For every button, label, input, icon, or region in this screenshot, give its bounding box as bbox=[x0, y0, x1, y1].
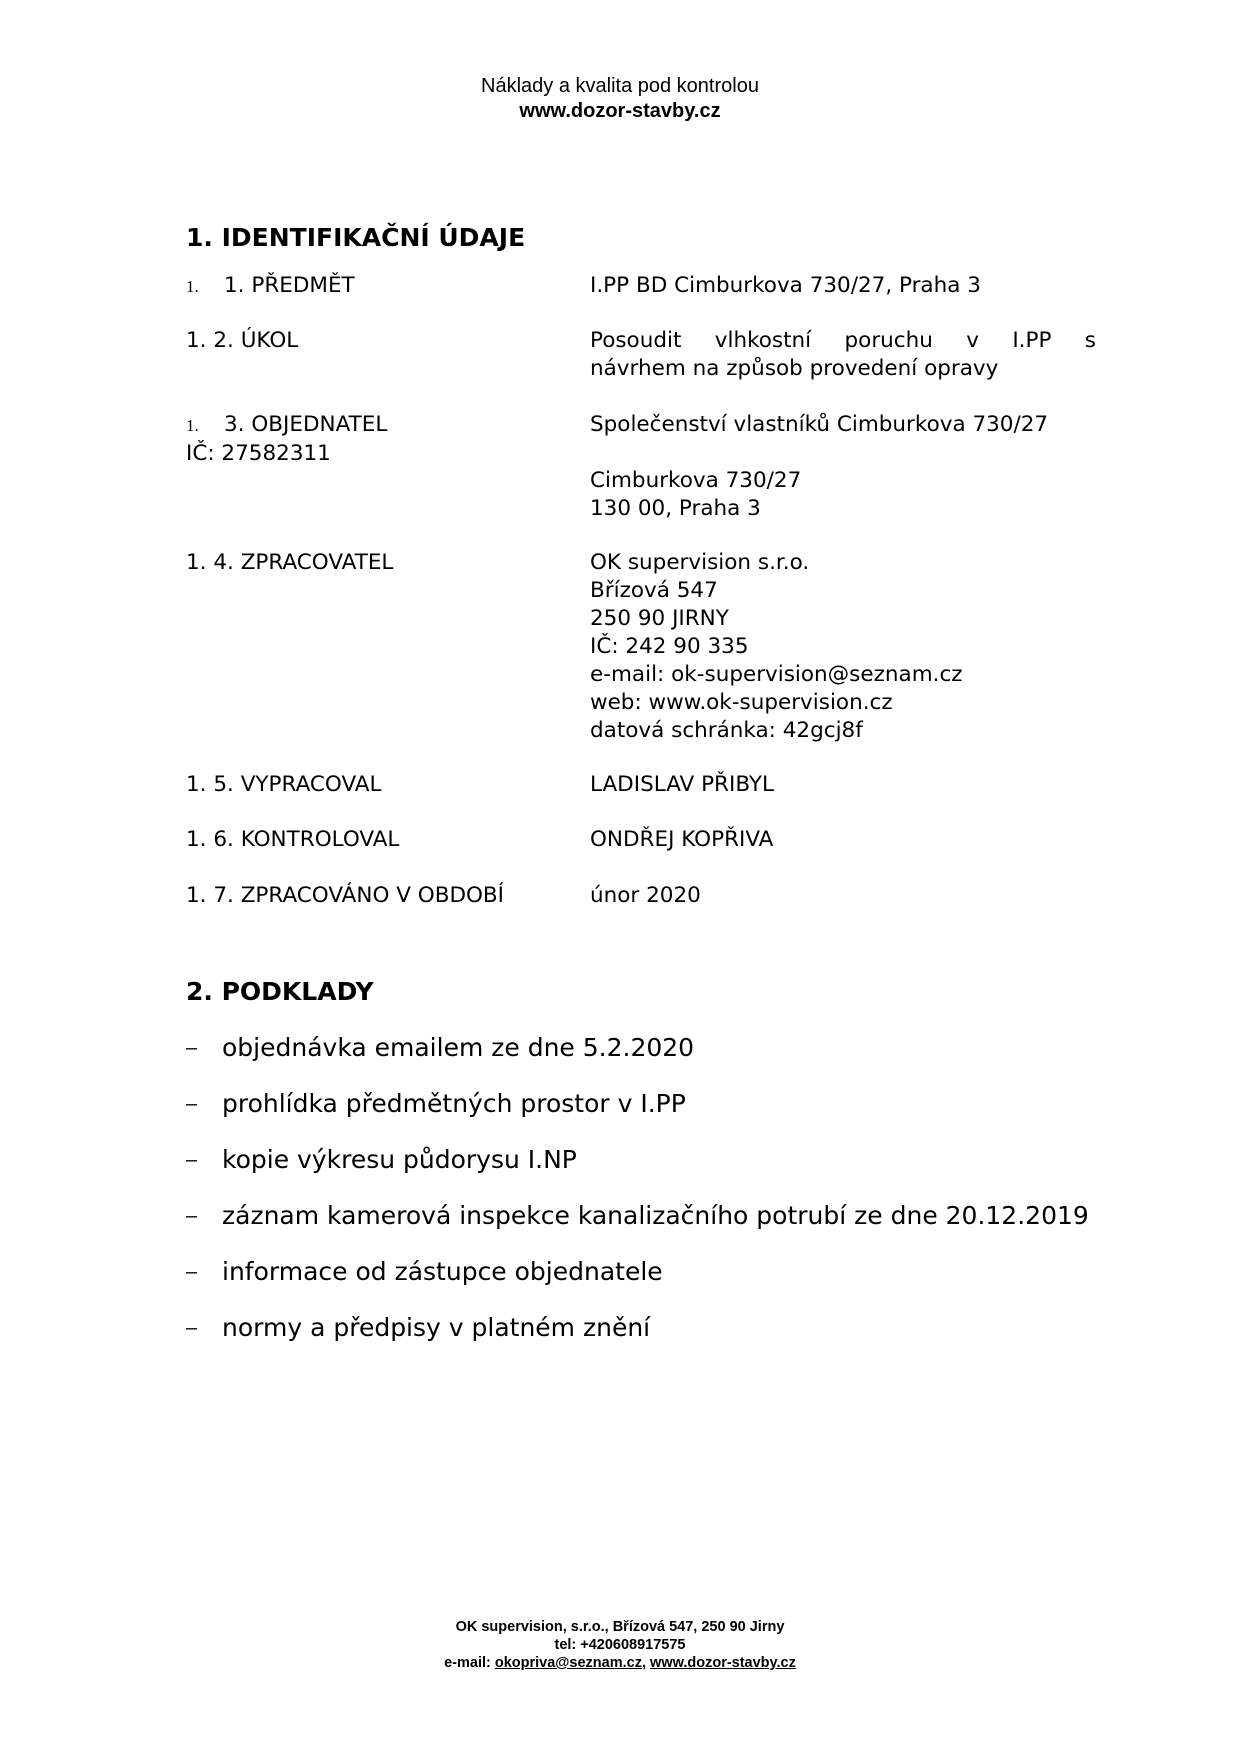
row-value: Společenství vlastníků Cimburkova 730/27… bbox=[590, 411, 1096, 523]
footer-phone: tel: +420608917575 bbox=[0, 1636, 1240, 1654]
row-label: 1.3. OBJEDNATEL IČ: 27582311 bbox=[186, 411, 586, 468]
row-label: 1.1. PŘEDMĚT bbox=[186, 272, 586, 301]
footer-contact-line: e-mail: okopriva@seznam.cz, www.dozor-st… bbox=[0, 1654, 1240, 1672]
section-title-sources: 2. PODKLADY bbox=[186, 977, 374, 1006]
list-item: –záznam kamerová inspekce kanalizačního … bbox=[186, 1201, 1089, 1257]
row-value-line: Cimburkova 730/27 bbox=[590, 467, 1096, 495]
page-footer: OK supervision, s.r.o., Břízová 547, 250… bbox=[0, 1618, 1240, 1672]
list-item-text: objednávka emailem ze dne 5.2.2020 bbox=[222, 1033, 694, 1062]
row-value: I.PP BD Cimburkova 730/27, Praha 3 bbox=[590, 272, 1096, 300]
list-item: –kopie výkresu půdorysu I.NP bbox=[186, 1145, 1089, 1201]
row-value: Posoudit vlhkostní poruchu v I.PP s návr… bbox=[590, 327, 1096, 383]
sources-list: –objednávka emailem ze dne 5.2.2020 –pro… bbox=[186, 1033, 1089, 1369]
footer-email-link[interactable]: okopriva@seznam.cz bbox=[495, 1655, 642, 1671]
list-item-text: záznam kamerová inspekce kanalizačního p… bbox=[222, 1201, 1089, 1230]
dash-bullet-icon: – bbox=[186, 1033, 222, 1063]
row-label-text: 3. OBJEDNATEL bbox=[224, 412, 387, 437]
dash-bullet-icon: – bbox=[186, 1313, 222, 1343]
row-value: únor 2020 bbox=[590, 882, 1096, 910]
footer-email-label: e-mail: bbox=[444, 1655, 495, 1671]
row-value-line: Společenství vlastníků Cimburkova 730/27 bbox=[590, 411, 1096, 439]
row-value-line: 130 00, Praha 3 bbox=[590, 495, 1096, 523]
row-value-line: ONDŘEJ KOPŘIVA bbox=[590, 826, 1096, 854]
row-label: 1. 4. ZPRACOVATEL bbox=[186, 549, 586, 577]
footer-separator: , bbox=[642, 1655, 650, 1671]
row-value: ONDŘEJ KOPŘIVA bbox=[590, 826, 1096, 854]
list-item: –normy a předpisy v platném znění bbox=[186, 1313, 1089, 1369]
row-label: 1. 5. VYPRACOVAL bbox=[186, 771, 586, 799]
row-label: 1. 7. ZPRACOVÁNO V OBDOBÍ bbox=[186, 882, 586, 910]
dash-bullet-icon: – bbox=[186, 1089, 222, 1119]
row-value-line: web: www.ok-supervision.cz bbox=[590, 689, 1096, 717]
list-item: –informace od zástupce objednatele bbox=[186, 1257, 1089, 1313]
dash-bullet-icon: – bbox=[186, 1145, 222, 1175]
dash-bullet-icon: – bbox=[186, 1201, 222, 1231]
row-value: LADISLAV PŘIBYL bbox=[590, 771, 1096, 799]
header-website: www.dozor-stavby.cz bbox=[0, 99, 1240, 124]
row-value-spacer bbox=[590, 439, 1096, 467]
row-value-line: I.PP BD Cimburkova 730/27, Praha 3 bbox=[590, 272, 1096, 300]
row-value-line: IČ: 242 90 335 bbox=[590, 633, 1096, 661]
row-value-line: 250 90 JIRNY bbox=[590, 605, 1096, 633]
row-value-line: OK supervision s.r.o. bbox=[590, 549, 1096, 577]
dash-bullet-icon: – bbox=[186, 1257, 222, 1287]
row-number-prefix: 1. bbox=[186, 273, 224, 301]
client-id-number: IČ: 27582311 bbox=[186, 440, 586, 468]
footer-website-link[interactable]: www.dozor-stavby.cz bbox=[650, 1655, 796, 1671]
row-value-line: Břízová 547 bbox=[590, 577, 1096, 605]
row-value-line: Posoudit vlhkostní poruchu v I.PP s bbox=[590, 327, 1096, 355]
row-label: 1. 6. KONTROLOVAL bbox=[186, 826, 586, 854]
row-value: OK supervision s.r.o. Břízová 547 250 90… bbox=[590, 549, 1096, 745]
footer-company-address: OK supervision, s.r.o., Břízová 547, 250… bbox=[0, 1618, 1240, 1636]
page-header: Náklady a kvalita pod kontrolou www.dozo… bbox=[0, 74, 1240, 124]
row-value-line: LADISLAV PŘIBYL bbox=[590, 771, 1096, 799]
row-value-line: e-mail: ok-supervision@seznam.cz bbox=[590, 661, 1096, 689]
list-item-text: prohlídka předmětných prostor v I.PP bbox=[222, 1089, 686, 1118]
section-title-identification: 1. IDENTIFIKAČNÍ ÚDAJE bbox=[186, 223, 525, 252]
list-item: –objednávka emailem ze dne 5.2.2020 bbox=[186, 1033, 1089, 1089]
row-value-line: návrhem na způsob provedení opravy bbox=[590, 355, 1096, 383]
list-item-text: normy a předpisy v platném znění bbox=[222, 1313, 650, 1342]
list-item-text: kopie výkresu půdorysu I.NP bbox=[222, 1145, 577, 1174]
header-slogan: Náklady a kvalita pod kontrolou bbox=[0, 74, 1240, 99]
row-number-prefix: 1. bbox=[186, 412, 224, 440]
row-value-line: datová schránka: 42gcj8f bbox=[590, 717, 1096, 745]
list-item-text: informace od zástupce objednatele bbox=[222, 1257, 663, 1286]
row-label-text: 1. PŘEDMĚT bbox=[224, 273, 355, 298]
list-item: –prohlídka předmětných prostor v I.PP bbox=[186, 1089, 1089, 1145]
row-label: 1. 2. ÚKOL bbox=[186, 327, 586, 355]
row-value-line: únor 2020 bbox=[590, 882, 1096, 910]
